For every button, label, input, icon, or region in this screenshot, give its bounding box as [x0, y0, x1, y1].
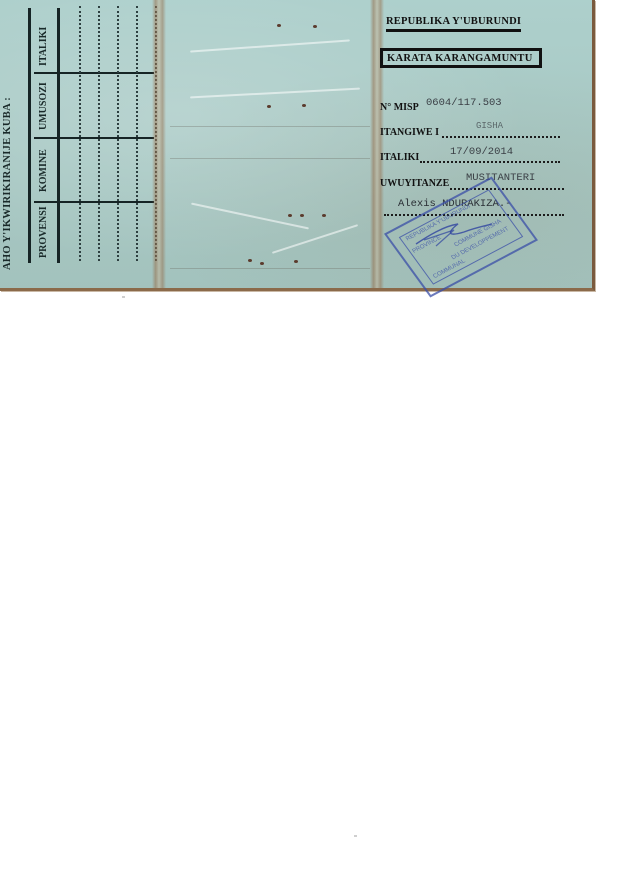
table-border-left [28, 8, 31, 263]
signature-icon [414, 218, 494, 248]
column-header-provensi: PROVENSI [38, 206, 49, 258]
card-title: KARATA KARANGAMUNTU [380, 48, 542, 68]
fold-crease-left [152, 0, 166, 288]
column-header-umusozi: UMUSOZI [38, 82, 49, 130]
residence-record-panel: AHO Y'IKWIRIKIRANIJE KUBA : PROVENSI KOM… [0, 0, 152, 288]
issuer-label: UWUYITANZE [380, 178, 449, 189]
entry-line-3 [117, 6, 119, 261]
table-border-header [57, 8, 60, 263]
date-value: 17/09/2014 [450, 146, 513, 158]
issued-at-label: ITANGIWE I [380, 127, 439, 138]
identity-details-panel: REPUBLIKA Y'UBURUNDI KARATA KARANGAMUNTU… [378, 0, 590, 288]
scan-speck [354, 835, 357, 837]
identity-card-scan: AHO Y'IKWIRIKIRANIJE KUBA : PROVENSI KOM… [0, 0, 595, 291]
residence-record-title: AHO Y'IKWIRIKIRANIJE KUBA : [2, 10, 13, 270]
entry-line-1 [79, 6, 81, 261]
issuer-title-value: MUSITANTERI [466, 172, 535, 184]
scan-speck [122, 296, 125, 298]
entry-line-2 [98, 6, 100, 261]
republic-header: REPUBLIKA Y'UBURUNDI [386, 16, 521, 32]
issued-at-line [442, 136, 560, 138]
column-header-italiki: ITALIKI [38, 27, 49, 66]
misp-number-value: 0604/117.503 [426, 97, 502, 109]
issued-at-value: GISHA [476, 121, 503, 131]
date-label: ITALIKI [380, 152, 419, 163]
date-line [420, 161, 560, 163]
entry-line-4 [136, 6, 138, 261]
misp-number-label: N° MISP [380, 102, 419, 113]
column-header-komine: KOMINE [38, 149, 49, 192]
